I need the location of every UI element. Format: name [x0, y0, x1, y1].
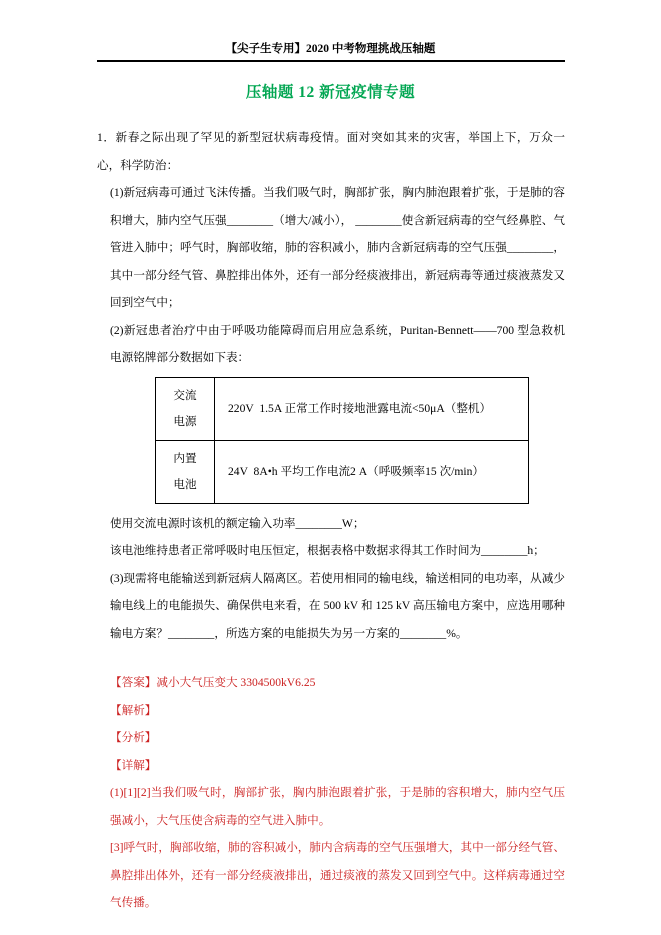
question-intro: 1．新春之际出现了罕见的新型冠状病毒疫情。面对突如其来的灾害，举国上下，万众一心…: [97, 124, 565, 179]
answer-section: 【答案】减小大气压变大 3304500kV6.25 【解析】 【分析】 【详解】…: [97, 669, 565, 917]
question-body: 1．新春之际出现了罕见的新型冠状病毒疫情。面对突如其来的灾害，举国上下，万众一心…: [97, 124, 565, 647]
row-label-line2: 电源: [173, 415, 196, 428]
table-row: 内置 电池 24V 8A•h 平均工作电流2 A（呼吸频率15 次/min）: [156, 440, 529, 503]
document-page: 【尖子生专用】2020 中考物理挑战压轴题 压轴题 12 新冠疫情专题 1．新春…: [0, 0, 661, 935]
document-header: 【尖子生专用】2020 中考物理挑战压轴题: [0, 0, 661, 56]
row-label-line1: 内置: [173, 452, 196, 465]
question-part2-q1: 使用交流电源时该机的额定输入功率________W；: [97, 510, 565, 538]
row-label: 内置 电池: [156, 440, 215, 503]
page-title: 压轴题 12 新冠疫情专题: [0, 83, 661, 102]
row-label-line1: 交流: [173, 389, 196, 402]
row-label-line2: 电池: [173, 478, 196, 491]
section-heading-fenxi: 【分析】: [97, 724, 565, 752]
section-heading-jiexi: 【解析】: [97, 697, 565, 725]
row-value: 220V 1.5A 正常工作时接地泄露电流<50μA（整机）: [215, 377, 529, 440]
question-part3: (3)现需将电能输送到新冠病人隔离区。若使用相同的输电线，输送相同的电功率，从减…: [97, 565, 565, 648]
answer-detail-1: (1)[1][2]当我们吸气时，胸部扩张，胸内肺泡跟着扩张，于是肺的容积增大，肺…: [97, 779, 565, 834]
question-part1: (1)新冠病毒可通过飞沫传播。当我们吸气时，胸部扩张，胸内肺泡跟着扩张，于是肺的…: [97, 179, 565, 317]
header-rule: [97, 60, 565, 62]
section-heading-xiangjie: 【详解】: [97, 752, 565, 780]
question-part2-q2: 该电池维持患者正常呼吸时电压恒定，根据表格中数据求得其工作时间为________…: [97, 537, 565, 565]
question-part2-intro: (2)新冠患者治疗中由于呼吸功能障碍而启用应急系统，Puritan-Bennet…: [97, 317, 565, 372]
answer-detail-2: [3]呼气时，胸部收缩，肺的容积减小，肺内含病毒的空气压强增大，其中一部分经气管…: [97, 834, 565, 917]
row-value: 24V 8A•h 平均工作电流2 A（呼吸频率15 次/min）: [215, 440, 529, 503]
row-label: 交流 电源: [156, 377, 215, 440]
answer-line: 【答案】减小大气压变大 3304500kV6.25: [97, 669, 565, 697]
nameplate-table: 交流 电源 220V 1.5A 正常工作时接地泄露电流<50μA（整机） 内置 …: [155, 377, 529, 504]
table-row: 交流 电源 220V 1.5A 正常工作时接地泄露电流<50μA（整机）: [156, 377, 529, 440]
